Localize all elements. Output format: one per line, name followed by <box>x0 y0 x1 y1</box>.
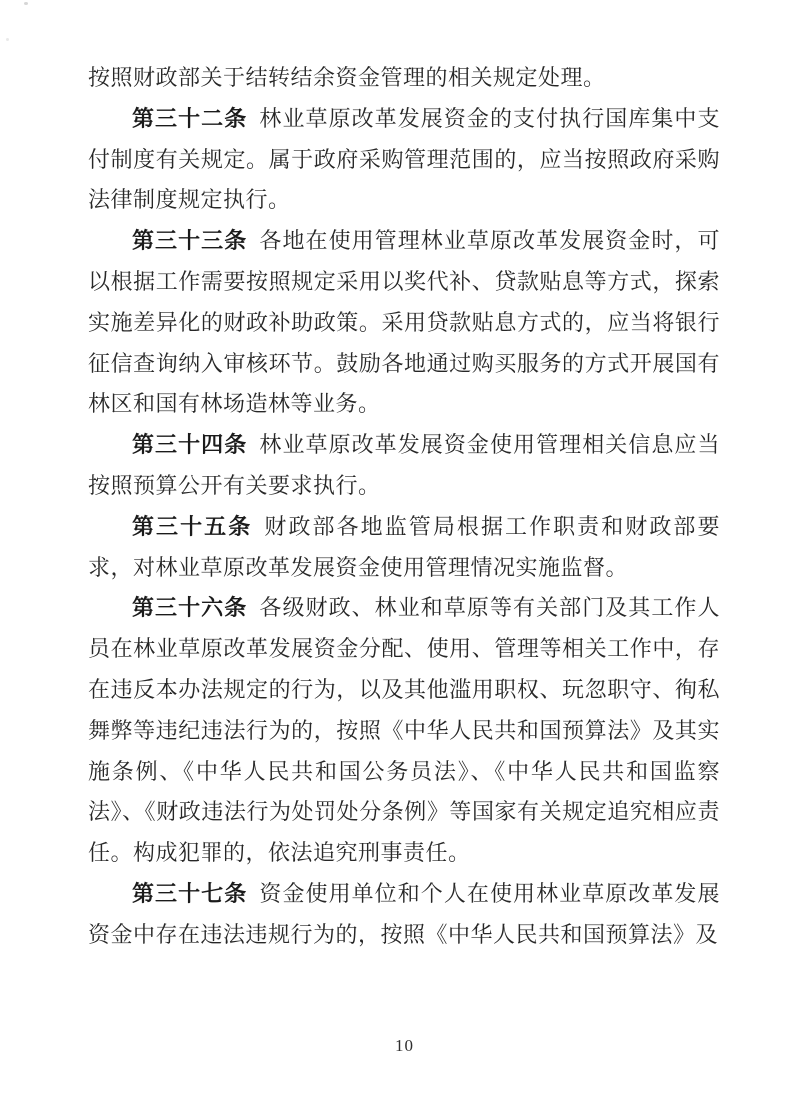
document-text-block: 按照财政部关于结转结余资金管理的相关规定处理。 第三十二条林业草原改革发展资金的… <box>88 58 720 956</box>
paragraph-article-32: 第三十二条林业草原改革发展资金的支付执行国库集中支付制度有关规定。属于政府采购管… <box>88 99 720 221</box>
paragraph-article-33: 第三十三条各地在使用管理林业草原改革发展资金时，可以根据工作需要按照规定采用以奖… <box>88 221 720 425</box>
scan-speck <box>6 38 9 41</box>
paragraph-article-37: 第三十七条资金使用单位和个人在使用林业草原改革发展资金中存在违法违规行为的，按照… <box>88 874 720 956</box>
paragraph-text: 各地在使用管理林业草原改革发展资金时，可以根据工作需要按照规定采用以奖代补、贷款… <box>88 228 720 416</box>
article-number: 第三十二条 <box>132 106 247 131</box>
paragraph-article-36: 第三十六条各级财政、林业和草原等有关部门及其工作人员在林业草原改革发展资金分配、… <box>88 588 720 874</box>
article-number: 第三十四条 <box>132 432 247 457</box>
article-number: 第三十三条 <box>132 228 247 253</box>
article-number: 第三十五条 <box>132 514 252 539</box>
paragraph-text: 各级财政、林业和草原等有关部门及其工作人员在林业草原改革发展资金分配、使用、管理… <box>88 595 720 865</box>
paragraph-text: 按照财政部关于结转结余资金管理的相关规定处理。 <box>88 65 606 90</box>
page-number: 10 <box>0 1036 809 1056</box>
scan-speck <box>24 2 28 5</box>
paragraph-article-35: 第三十五条财政部各地监管局根据工作职责和财政部要求，对林业草原改革发展资金使用管… <box>88 507 720 589</box>
paragraph-continuation: 按照财政部关于结转结余资金管理的相关规定处理。 <box>88 58 720 99</box>
article-number: 第三十六条 <box>132 595 247 620</box>
paragraph-article-34: 第三十四条林业草原改革发展资金使用管理相关信息应当按照预算公开有关要求执行。 <box>88 425 720 507</box>
article-number: 第三十七条 <box>132 881 247 906</box>
document-page: 按照财政部关于结转结余资金管理的相关规定处理。 第三十二条林业草原改革发展资金的… <box>0 0 809 1112</box>
